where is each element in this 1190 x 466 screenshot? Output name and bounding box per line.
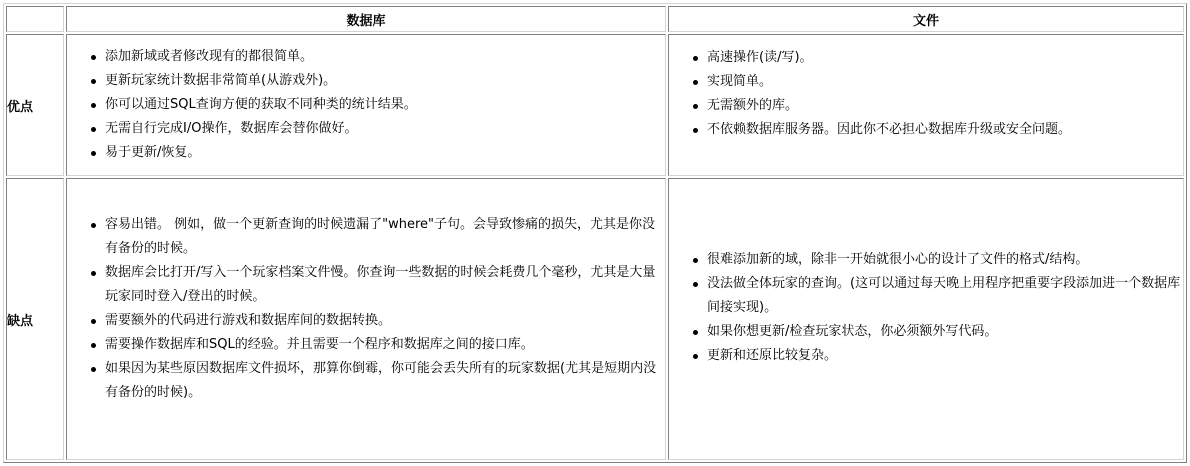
- row-header-pros: 优点: [6, 34, 64, 176]
- list-item: 更新和还原比较复杂。: [691, 344, 1183, 368]
- list-item-text: 实现简单。: [707, 74, 772, 89]
- bullet-icon: [91, 55, 96, 60]
- bullet-icon: [693, 80, 698, 85]
- column-header-database: 数据库: [66, 6, 666, 32]
- list-item-text: 不依赖数据库服务器。因此你不必担心数据库升级或安全问题。: [707, 122, 1071, 137]
- list-item: 需要操作数据库和SQL的经验。并且需要一个程序和数据库之间的接口库。: [89, 333, 665, 357]
- list-item: 容易出错。 例如，做一个更新查询的时候遗漏了"where"子句。会导致惨痛的损失…: [89, 213, 665, 261]
- list-item-text: 高速操作(读/写)。: [707, 50, 813, 65]
- bullet-icon: [91, 223, 96, 228]
- list-item: 易于更新/恢复。: [89, 141, 665, 165]
- bullet-icon: [91, 127, 96, 132]
- bullet-icon: [693, 282, 698, 287]
- list-item-text: 更新和还原比较复杂。: [707, 348, 837, 363]
- bullet-icon: [91, 343, 96, 348]
- list-item-text: 易于更新/恢复。: [105, 145, 200, 160]
- list-item-text: 你可以通过SQL查询方便的获取不同种类的统计结果。: [105, 97, 417, 112]
- list-item: 添加新域或者修改现有的都很简单。: [89, 45, 665, 69]
- comparison-table: 数据库 文件 优点 添加新域或者修改现有的都很简单。 更新玩家统计数据非常简单(…: [3, 3, 1187, 463]
- list-item-text: 添加新域或者修改现有的都很简单。: [105, 49, 313, 64]
- list-item-text: 如果你想更新/检查玩家状态，你必须额外写代码。: [707, 324, 997, 339]
- list-item: 无需额外的库。: [691, 94, 1183, 118]
- bullet-icon: [693, 354, 698, 359]
- bullet-icon: [91, 319, 96, 324]
- bullet-icon: [693, 330, 698, 335]
- list-item: 如果你想更新/检查玩家状态，你必须额外写代码。: [691, 320, 1183, 344]
- list-item: 很难添加新的域，除非一开始就很小心的设计了文件的格式/结构。: [691, 248, 1183, 272]
- pros-file-cell: 高速操作(读/写)。 实现简单。 无需额外的库。 不依赖数据库服务器。因此你不必…: [668, 34, 1184, 176]
- list-item-text: 没法做全体玩家的查询。(这可以通过每天晚上用程序把重要字段添加进一个数据库间接实…: [707, 276, 1180, 315]
- pros-file-list: 高速操作(读/写)。 实现简单。 无需额外的库。 不依赖数据库服务器。因此你不必…: [669, 46, 1183, 142]
- list-item-text: 数据库会比打开/写入一个玩家档案文件慢。你查询一些数据的时候会耗费几个毫秒，尤其…: [105, 265, 655, 304]
- header-row: 数据库 文件: [6, 6, 1184, 32]
- bullet-icon: [91, 367, 96, 372]
- corner-cell: [6, 6, 64, 32]
- list-item-text: 如果因为某些原因数据库文件损坏，那算你倒霉，你可能会丢失所有的玩家数据(尤其是短…: [105, 361, 656, 400]
- bullet-icon: [693, 128, 698, 133]
- list-item: 你可以通过SQL查询方便的获取不同种类的统计结果。: [89, 93, 665, 117]
- list-item-text: 更新玩家统计数据非常简单(从游戏外)。: [105, 73, 336, 88]
- list-item: 更新玩家统计数据非常简单(从游戏外)。: [89, 69, 665, 93]
- bullet-icon: [91, 271, 96, 276]
- list-item-text: 需要额外的代码进行游戏和数据库间的数据转换。: [105, 313, 391, 328]
- list-item: 需要额外的代码进行游戏和数据库间的数据转换。: [89, 309, 665, 333]
- bullet-icon: [91, 151, 96, 156]
- bullet-icon: [91, 103, 96, 108]
- list-item: 如果因为某些原因数据库文件损坏，那算你倒霉，你可能会丢失所有的玩家数据(尤其是短…: [89, 357, 665, 405]
- bullet-icon: [693, 56, 698, 61]
- list-item: 没法做全体玩家的查询。(这可以通过每天晚上用程序把重要字段添加进一个数据库间接实…: [691, 272, 1183, 320]
- list-item: 不依赖数据库服务器。因此你不必担心数据库升级或安全问题。: [691, 118, 1183, 142]
- list-item: 实现简单。: [691, 70, 1183, 94]
- list-item: 高速操作(读/写)。: [691, 46, 1183, 70]
- bullet-icon: [91, 79, 96, 84]
- cons-file-cell: 很难添加新的域，除非一开始就很小心的设计了文件的格式/结构。 没法做全体玩家的查…: [668, 178, 1184, 460]
- bullet-icon: [693, 104, 698, 109]
- pros-row: 优点 添加新域或者修改现有的都很简单。 更新玩家统计数据非常简单(从游戏外)。 …: [6, 34, 1184, 176]
- list-item-text: 需要操作数据库和SQL的经验。并且需要一个程序和数据库之间的接口库。: [105, 337, 534, 352]
- row-header-cons: 缺点: [6, 178, 64, 460]
- list-item-text: 容易出错。 例如，做一个更新查询的时候遗漏了"where"子句。会导致惨痛的损失…: [105, 217, 655, 256]
- cons-row: 缺点 容易出错。 例如，做一个更新查询的时候遗漏了"where"子句。会导致惨痛…: [6, 178, 1184, 460]
- pros-database-list: 添加新域或者修改现有的都很简单。 更新玩家统计数据非常简单(从游戏外)。 你可以…: [67, 45, 665, 165]
- list-item-text: 无需额外的库。: [707, 98, 798, 113]
- list-item-text: 很难添加新的域，除非一开始就很小心的设计了文件的格式/结构。: [707, 252, 1088, 267]
- list-item-text: 无需自行完成I/O操作，数据库会替你做好。: [105, 121, 357, 136]
- column-header-file: 文件: [668, 6, 1184, 32]
- cons-file-list: 很难添加新的域，除非一开始就很小心的设计了文件的格式/结构。 没法做全体玩家的查…: [669, 248, 1183, 368]
- list-item: 无需自行完成I/O操作，数据库会替你做好。: [89, 117, 665, 141]
- pros-database-cell: 添加新域或者修改现有的都很简单。 更新玩家统计数据非常简单(从游戏外)。 你可以…: [66, 34, 666, 176]
- cons-database-list: 容易出错。 例如，做一个更新查询的时候遗漏了"where"子句。会导致惨痛的损失…: [67, 213, 665, 405]
- list-item: 数据库会比打开/写入一个玩家档案文件慢。你查询一些数据的时候会耗费几个毫秒，尤其…: [89, 261, 665, 309]
- bullet-icon: [693, 258, 698, 263]
- cons-database-cell: 容易出错。 例如，做一个更新查询的时候遗漏了"where"子句。会导致惨痛的损失…: [66, 178, 666, 460]
